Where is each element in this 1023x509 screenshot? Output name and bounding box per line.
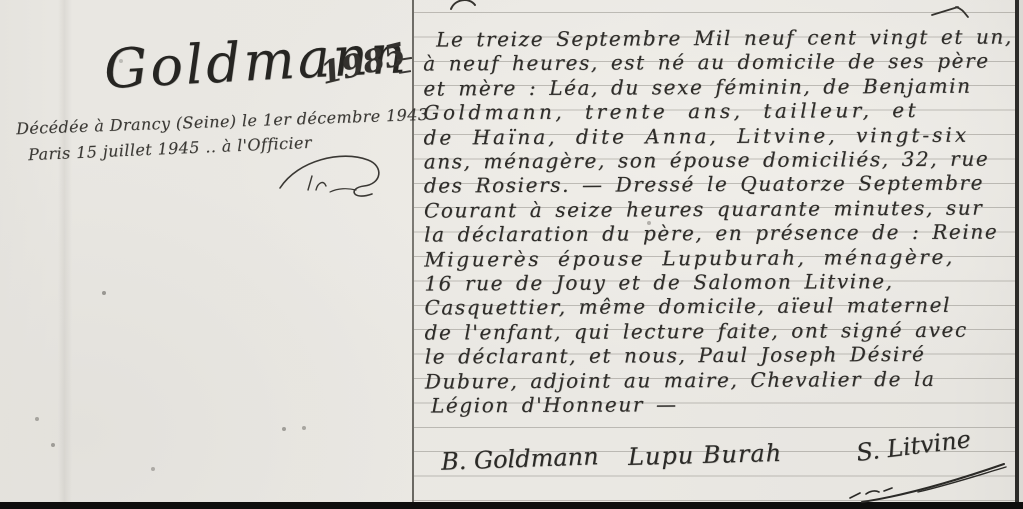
act-line: de l'enfant, qui lecture faite, ont sign… [425,317,1013,344]
act-line: et mère : Léa, du sexe féminin, de Benja… [423,73,1011,100]
act-line: ans, ménagère, son épouse domiciliés, 32… [424,146,1012,173]
act-line: à neuf heures, est né au domicile de ses… [423,49,1011,76]
act-line: Dubure, adjoint au maire, Chevalier de l… [425,366,1013,393]
act-line: le déclarant, et nous, Paul Joseph Désir… [425,342,1013,369]
signature-lupu-burah: Lupu Burah [628,439,783,471]
act-line: Miguerès épouse Lupuburah, ménagère, [424,244,1012,271]
margin-death-note-line1: Décédée à Drancy (Seine) le 1er décembre… [16,105,429,138]
register-page-scan: Goldmann 1985 Décédée à Drancy (Seine) l… [0,0,1023,509]
officiant-paraph-flourish [272,146,392,212]
margin-column-rule [412,0,414,503]
act-body-text: Le treize Septembre Mil neuf cent vingt … [423,24,1013,418]
act-line: la déclaration du père, en présence de :… [424,220,1012,247]
signature-underline-flourish [822,458,1012,506]
paper-specks [0,0,2,2]
act-line: des Rosiers. — Dressé le Quatorze Septem… [424,171,1012,198]
signature-goldmann: B. Goldmann [441,442,599,475]
paper-fold-line [58,0,72,509]
act-line: Le treize Septembre Mil neuf cent vingt … [423,24,1011,51]
act-line: Légion d'Honneur — [425,391,1013,418]
act-line: 16 rue de Jouy et de Salomon Litvine, [424,269,1012,296]
act-line: Goldmann, trente ans, tailleur, et [423,98,1011,125]
page-edge-paper-strip [1019,0,1023,503]
act-line: Casquettier, même domicile, aïeul matern… [424,293,1012,320]
cutoff-stroke [930,2,972,20]
act-line: de Haïna, dite Anna, Litvine, vingt-six [423,122,1011,149]
cutoff-stroke [448,0,480,11]
act-line: Courant à seize heures quarante minutes,… [424,195,1012,222]
